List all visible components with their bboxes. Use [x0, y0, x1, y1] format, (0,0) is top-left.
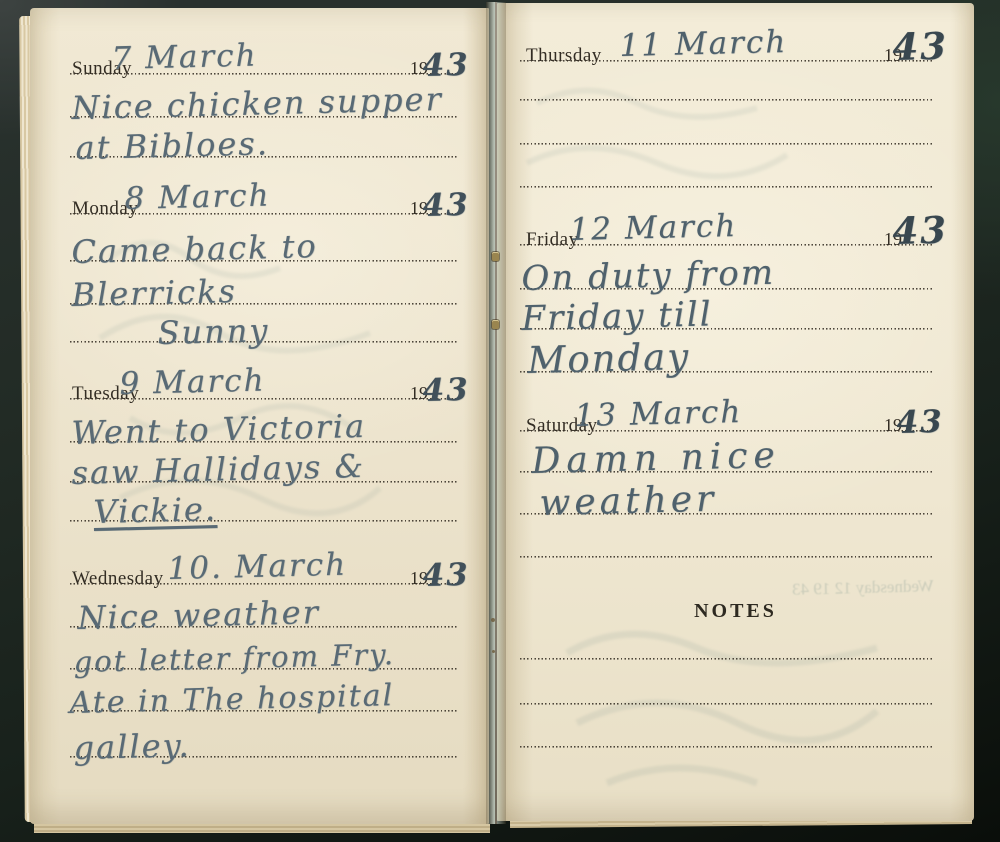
- entry-header-friday: Friday 19 12 March 43: [520, 200, 932, 246]
- bleed-through-text: Wednesday 12 19 43: [792, 576, 934, 600]
- entry-header-saturday: Saturday 19 13 March 43: [520, 386, 932, 432]
- handwritten-text: at Bibloes.: [75, 124, 269, 167]
- entry-line: weather: [520, 469, 932, 515]
- staple: [492, 252, 499, 261]
- entry-line: [520, 142, 932, 188]
- handwritten-text: Monday: [527, 335, 691, 382]
- paper-speck: [491, 618, 495, 622]
- entry-line: Vickie.: [70, 476, 458, 522]
- diary-right-page: Wednesday 12 19 43 Thursday 19 11 March …: [497, 3, 974, 821]
- handwritten-date: 8 March: [124, 177, 271, 217]
- entry-line: Friday till: [520, 284, 932, 330]
- diary-photo: Sunday 19 7 March 43 Nice chicken supper…: [0, 0, 1000, 842]
- entry-line: [520, 512, 932, 558]
- diary-left-page: Sunday 19 7 March 43 Nice chicken supper…: [30, 8, 489, 824]
- entry-header-monday: Monday 19 8 March 43: [70, 169, 458, 215]
- handwritten-text: Vickie.: [93, 490, 217, 531]
- handwritten-text: galley.: [73, 726, 191, 767]
- page-edge-stack-bottom-left: [34, 824, 490, 833]
- ruled-line: [520, 746, 932, 748]
- ruled-line: [520, 186, 932, 188]
- entry-line: Damn nice: [520, 427, 932, 473]
- entry-line: Monday: [520, 327, 932, 373]
- entry-line: Ate in The hospital: [70, 666, 458, 712]
- staple: [492, 320, 499, 329]
- entry-line: Came back to: [70, 216, 458, 262]
- entry-line: at Bibloes.: [70, 112, 458, 158]
- entry-line: got letter from Fry.: [70, 624, 458, 670]
- entry-line: [520, 55, 932, 101]
- entry-line: [520, 99, 932, 145]
- notes-line: [520, 659, 932, 705]
- handwritten-date: 10. March: [167, 547, 347, 587]
- entry-line: Sunny: [70, 297, 458, 343]
- paper-speck: [492, 650, 495, 653]
- ruled-line: [520, 556, 932, 558]
- entry-header-wednesday: Wednesday 19 10. March 43: [70, 539, 458, 585]
- gutter-fold-line: [495, 2, 497, 824]
- handwritten-date: 12 March: [569, 208, 738, 248]
- entry-header-sunday: Sunday 19 7 March 43: [70, 29, 458, 75]
- entry-header-tuesday: Tuesday 19 9 March 43: [70, 354, 458, 400]
- notes-line: [520, 702, 932, 748]
- book-spine-gutter: [486, 2, 506, 824]
- entry-line: galley.: [70, 712, 458, 758]
- entry-line: Nice weather: [70, 582, 458, 628]
- notes-line: [520, 614, 932, 660]
- handwritten-text: Sunny: [157, 311, 270, 352]
